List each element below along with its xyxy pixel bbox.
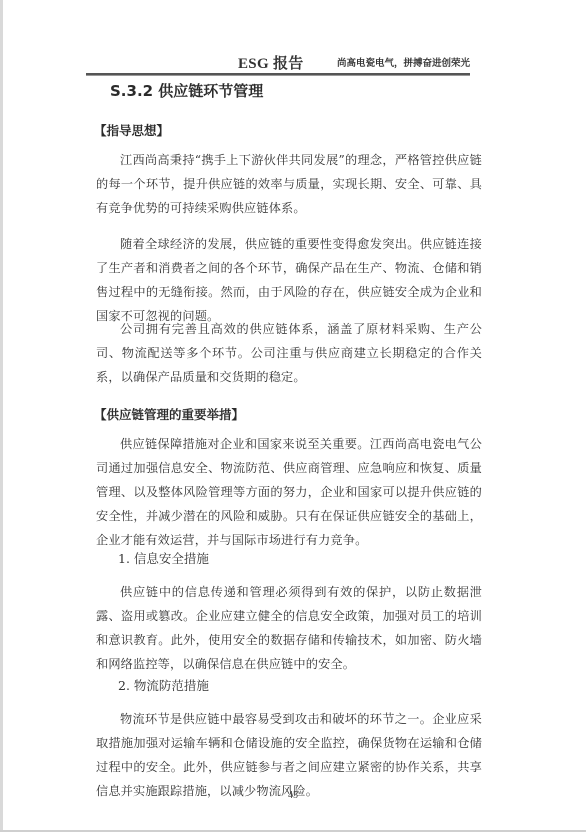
measures-intro: 供应链保障措施对企业和国家来说至关重要。江西尚高电瓷电气公司通过加强信息安全、物…	[96, 432, 482, 552]
page-number: 45	[0, 790, 586, 801]
guiding-paragraph-1: 江西尚高秉持“携手上下游伙伴共同发展”的理念，严格管控供应链的每一个环节，提升供…	[96, 148, 482, 220]
guiding-paragraph-2: 随着全球经济的发展，供应链的重要性变得愈发突出。供应链连接了生产者和消费者之间的…	[96, 232, 482, 328]
page-header: ESG 报告 尚高电瓷电气，拼搏奋进创荣光	[86, 52, 470, 74]
measures-heading: 【供应链管理的重要举措】	[94, 405, 244, 423]
item-heading-logistics: 2. 物流防范措施	[118, 676, 209, 694]
item-heading-info-security: 1. 信息安全措施	[118, 549, 209, 567]
page-edge	[0, 0, 3, 832]
company-slogan: 尚高电瓷电气，拼搏奋进创荣光	[337, 55, 470, 69]
header-divider	[86, 73, 470, 76]
item-text-logistics: 物流环节是供应链中最容易受到攻击和破坏的环节之一。企业应采取措施加强对运输车辆和…	[96, 707, 482, 803]
item-text-info-security: 供应链中的信息传递和管理必须得到有效的保护，以防止数据泄露、盗用或篡改。企业应建…	[96, 580, 482, 676]
guiding-heading: 【指导思想】	[94, 121, 169, 139]
report-title: ESG 报告	[238, 52, 304, 73]
section-title: S.3.2 供应链环节管理	[110, 80, 263, 101]
guiding-paragraph-3: 公司拥有完善且高效的供应链体系，涵盖了原材料采购、生产公司、物流配送等多个环节。…	[96, 317, 482, 389]
